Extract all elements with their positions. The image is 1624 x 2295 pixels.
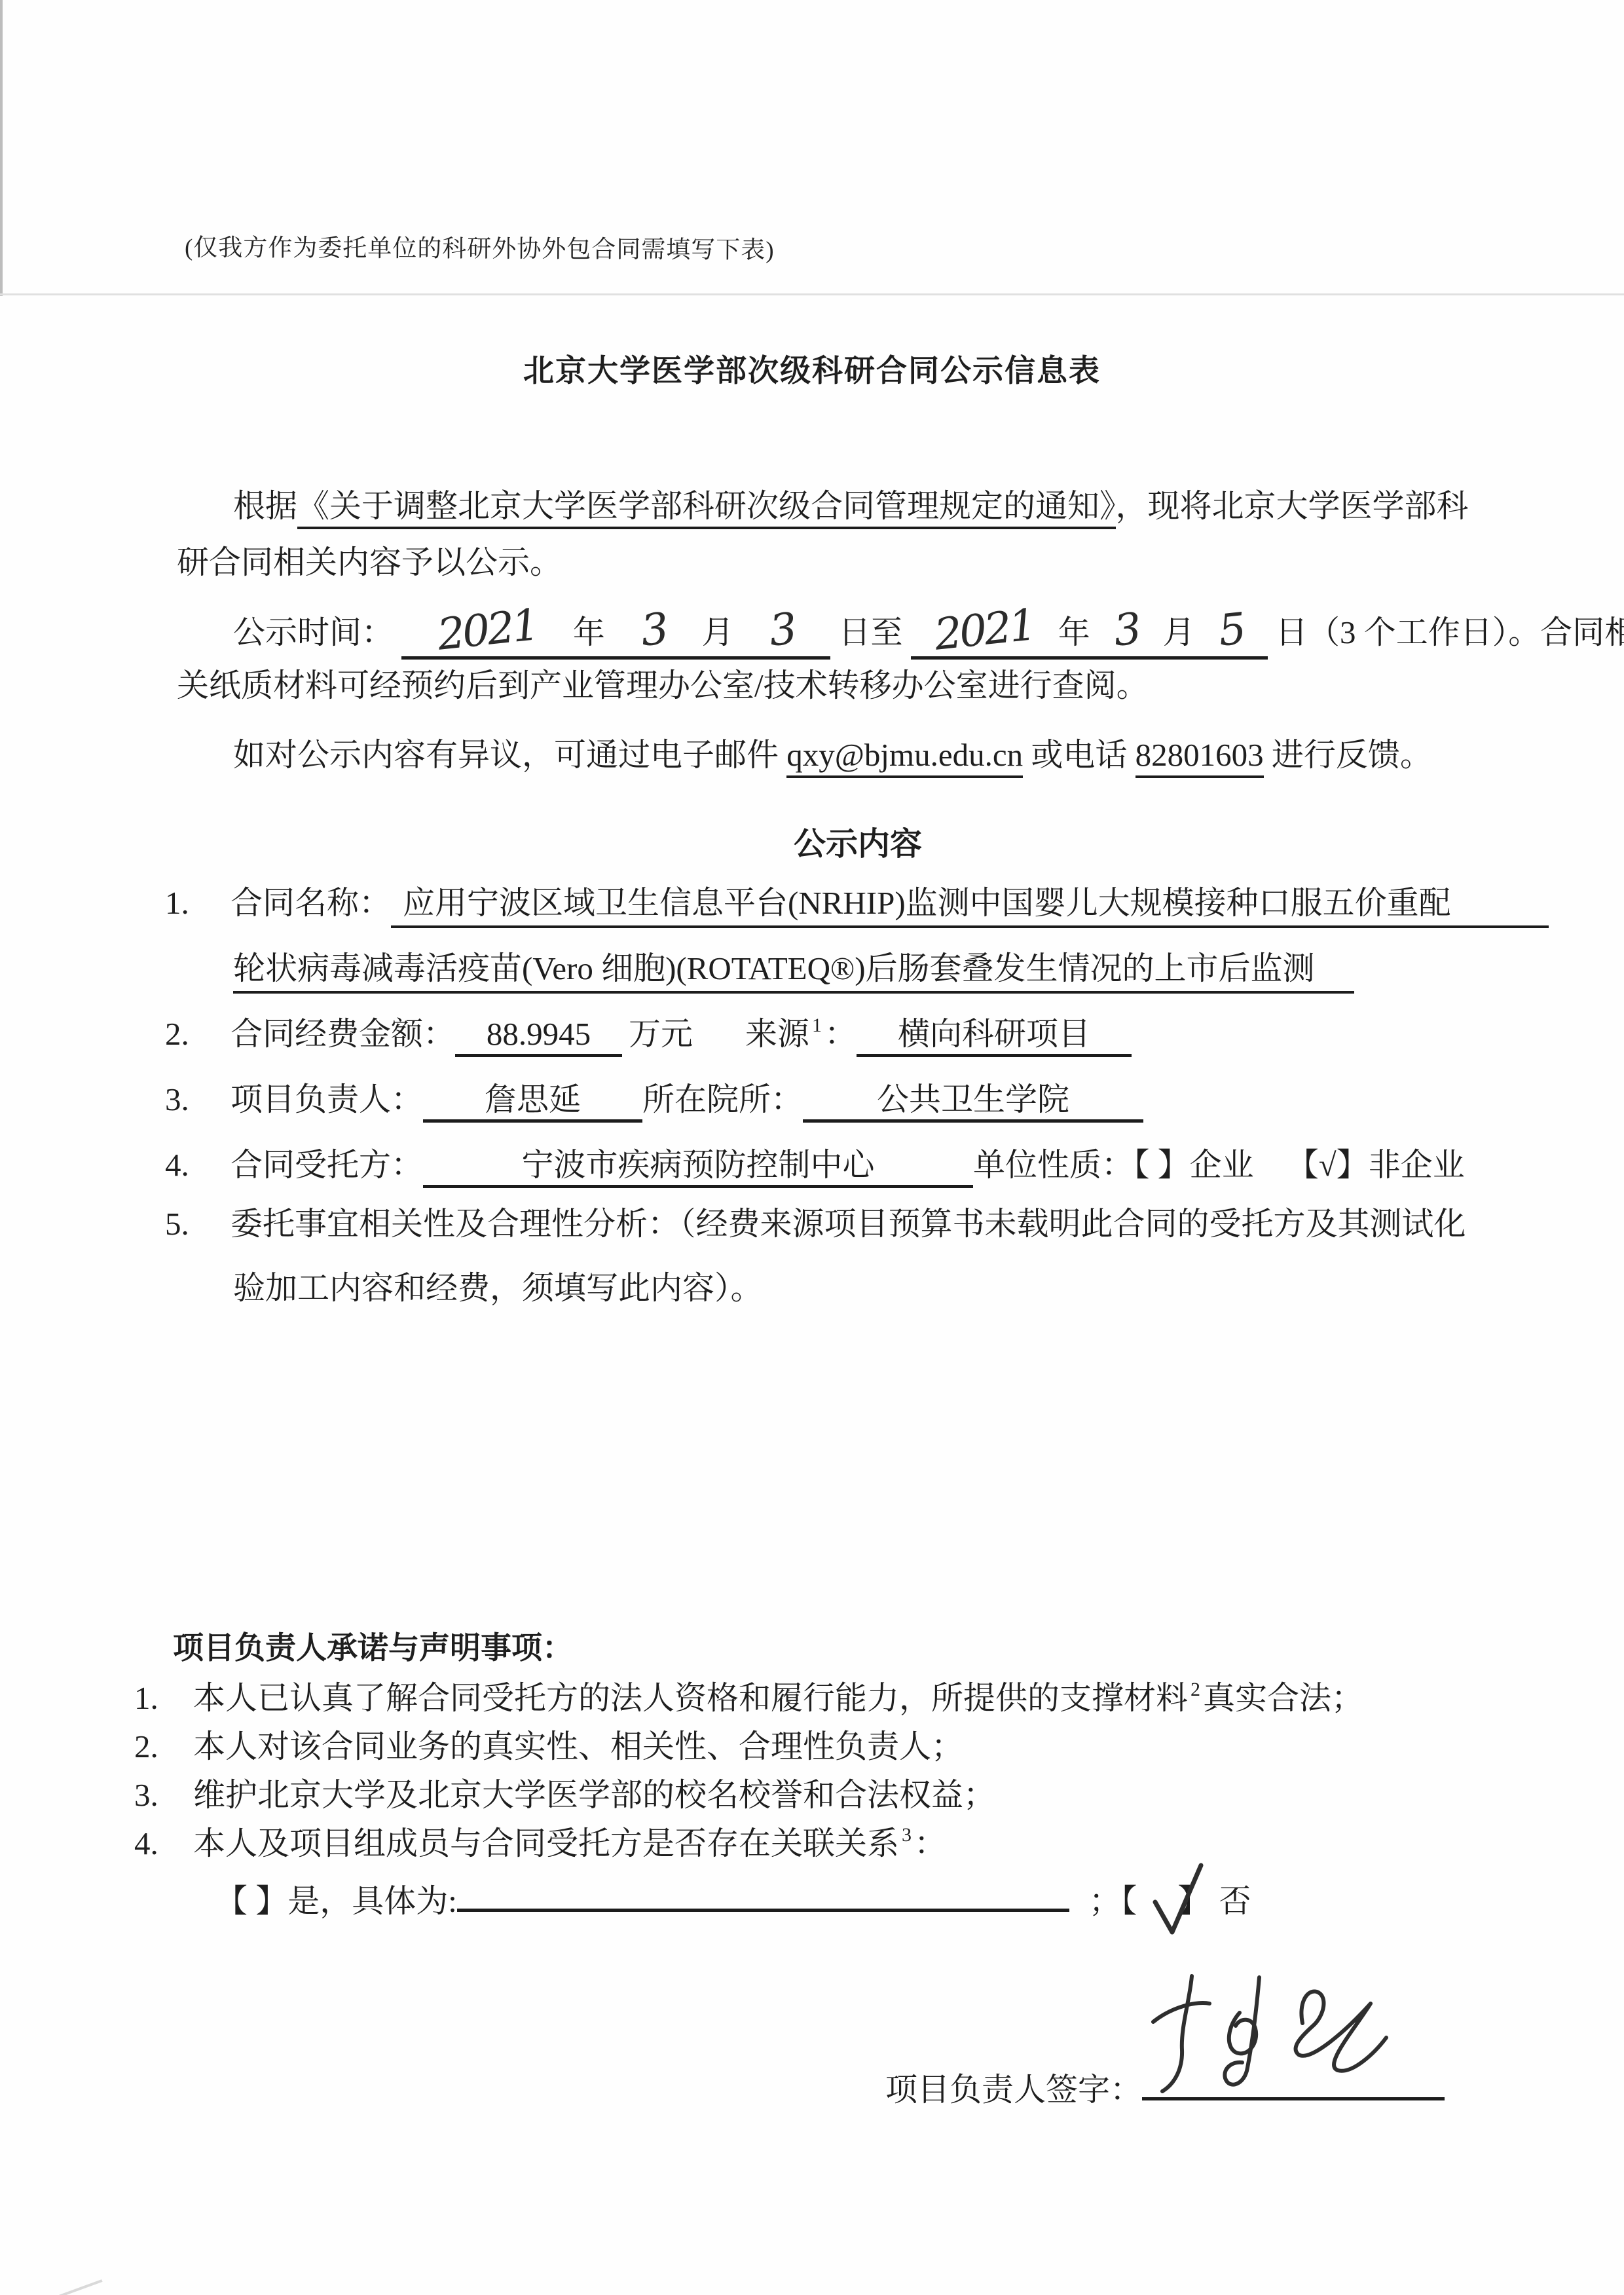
feedback-mid: 或电话: [1023, 737, 1135, 773]
item-2-number: 2.: [165, 1014, 231, 1054]
scanned-document-page: (仅我方作为委托单位的科研外协外包合同需填写下表) 北京大学医学部次级科研合同公…: [0, 0, 1624, 2295]
content-item-5-line2: 验加工内容和经费，须填写此内容）。: [233, 1268, 763, 1308]
pi-handwritten-signature: [1130, 1962, 1405, 2099]
item-3-number: 3.: [165, 1079, 231, 1119]
scan-artifact-left-edge-line: [0, 0, 3, 296]
option-non-enterprise-checked: 【√】非企业: [1287, 1147, 1465, 1183]
feedback-post: 进行反馈。: [1264, 737, 1432, 773]
feedback-email: qxy@bjmu.edu.cn: [786, 737, 1023, 778]
handwritten-start-month: 3: [639, 609, 668, 650]
decl-2-text: 本人对该合同业务的真实性、相关性、合理性负责人；: [193, 1728, 963, 1764]
contract-name-line2: 轮状病毒减毒活疫苗(Vero 细胞)(ROTATEQ®)后肠套叠发生情况的上市后…: [233, 948, 1354, 994]
no-bracket-open: 【: [1121, 1883, 1137, 1919]
option-enterprise: 【 】企业: [1134, 1147, 1254, 1183]
feedback-line: 如对公示内容有异议，可通过电子邮件 qxy@bjmu.edu.cn 或电话 82…: [233, 735, 1432, 775]
source-label: 来源: [745, 1016, 809, 1052]
publicity-time-line: 公示时间： 2021 年 3 月 3 日至 2021 年 3 月 5 日（3 个…: [233, 609, 1624, 660]
contract-amount-field: 88.9945: [455, 1014, 622, 1057]
day-unit-label: 日: [1276, 614, 1308, 650]
year-unit-label: 年: [573, 612, 605, 652]
decl-1-number: 1.: [134, 1678, 193, 1718]
intro-line2: 研合同相关内容予以公示。: [177, 542, 562, 582]
org-nature-label: 单位性质：: [973, 1147, 1134, 1183]
declaration-item-3: 3.维护北京大学及北京大学医学部的校名校誉和合法权益；: [134, 1775, 995, 1815]
signature-label: 项目负责人签字：: [885, 2072, 1142, 2108]
item-1-label: 合同名称：: [231, 885, 391, 921]
choice-semicolon: ；: [1089, 1883, 1121, 1919]
handwritten-end-year: 2021: [933, 605, 1036, 654]
content-item-5-line1: 5.委托事宜相关性及合理性分析：（经费来源项目预算书未载明此合同的受托方及其测试…: [165, 1204, 1466, 1244]
intro-post: ，现将北京大学医学部科: [1116, 488, 1469, 524]
dept-label: 所在院所：: [642, 1081, 803, 1117]
decl-1-footnote-sup: 2: [1190, 1679, 1200, 1700]
trustee-org-field: 宁波市疾病预防控制中心: [423, 1145, 973, 1188]
content-item-3: 3.项目负责人：詹思延所在院所：公共卫生学院: [165, 1079, 1143, 1123]
month-unit-label: 月: [702, 612, 734, 652]
end-date-field: 2021 年 3 月 5: [911, 609, 1268, 660]
handwritten-start-day: 3: [767, 609, 796, 650]
item-1-number: 1.: [165, 883, 231, 923]
scan-artifact-bottom-mark: [58, 2279, 102, 2295]
intro-notice-underlined: 《关于调整北京大学医学部科研次级合同管理规定的通知》: [297, 488, 1116, 529]
contract-name-line1: 应用宁波区域卫生信息平台(NRHIP)监测中国婴儿大规模接种口服五价重配: [391, 883, 1549, 928]
yes-label: 是，具体为:: [287, 1883, 457, 1919]
content-heading: 公示内容: [177, 824, 1539, 864]
content-item-1-line1: 1.合同名称：应用宁波区域卫生信息平台(NRHIP)监测中国婴儿大规模接种口服五…: [165, 883, 1549, 928]
dept-field: 公共卫生学院: [803, 1079, 1143, 1123]
amount-unit-label: 万元: [629, 1016, 693, 1052]
decl-3-text: 维护北京大学及北京大学医学部的校名校誉和合法权益；: [193, 1777, 995, 1813]
day-to-label: 日至: [839, 614, 903, 650]
item-2-label: 合同经费金额：: [231, 1016, 455, 1052]
yes-bracket: 【 】: [215, 1883, 287, 1919]
yes-detail-blank-field: [457, 1875, 1069, 1912]
decl-1-text-post: 真实合法；: [1203, 1680, 1363, 1716]
start-date-field: 2021 年 3 月 3: [401, 609, 830, 660]
item-5-number: 5.: [165, 1204, 231, 1244]
month-unit-label-2: 月: [1163, 612, 1195, 652]
no-label: 否: [1219, 1883, 1251, 1919]
intro-pre: 根据: [233, 488, 297, 524]
source-footnote-sup: 1: [812, 1015, 822, 1036]
scan-artifact-horizontal-line: [0, 293, 1624, 295]
handwritten-check-icon: [1147, 1859, 1210, 1941]
pi-name-field: 詹思延: [423, 1079, 642, 1123]
feedback-phone: 82801603: [1135, 737, 1264, 778]
decl-3-number: 3.: [134, 1775, 193, 1815]
decl-4-number: 4.: [134, 1823, 193, 1863]
item-5-text-line1: 委托事宜相关性及合理性分析：（经费来源项目预算书未载明此合同的受托方及其测试化: [231, 1206, 1466, 1242]
item-4-number: 4.: [165, 1145, 231, 1185]
decl-4-text-post: ：: [914, 1825, 946, 1861]
funding-source-field: 横向科研项目: [857, 1014, 1132, 1057]
source-colon: ：: [824, 1016, 857, 1052]
relation-choice-line: 【 】是，具体为:；【】否: [215, 1875, 1251, 1921]
content-item-2: 2.合同经费金额：88.9945万元来源1：横向科研项目: [165, 1014, 1132, 1057]
content-item-4: 4.合同受托方：宁波市疾病预防控制中心单位性质：【 】企业【√】非企业: [165, 1145, 1465, 1188]
handwritten-start-year: 2021: [435, 605, 538, 654]
item-3-label: 项目负责人：: [231, 1081, 423, 1117]
publicity-time-suffix: （3 个工作日）。合同相: [1308, 614, 1624, 650]
decl-2-number: 2.: [134, 1726, 193, 1766]
publicity-time-label: 公示时间：: [233, 614, 394, 650]
top-note: (仅我方作为委托单位的科研外协外包合同需填写下表): [185, 233, 775, 266]
handwritten-end-month: 3: [1112, 609, 1141, 650]
declaration-item-4: 4.本人及项目组成员与合同受托方是否存在关联关系3：: [134, 1823, 946, 1863]
declaration-item-1: 1.本人已认真了解合同受托方的法人资格和履行能力，所提供的支撑材料2真实合法；: [134, 1678, 1363, 1718]
decl-4-text: 本人及项目组成员与合同受托方是否存在关联关系: [193, 1825, 899, 1861]
year-unit-label-2: 年: [1058, 612, 1090, 652]
declaration-heading: 项目负责人承诺与声明事项：: [173, 1630, 573, 1668]
handwritten-end-day: 5: [1217, 609, 1246, 650]
feedback-pre: 如对公示内容有异议，可通过电子邮件: [233, 737, 786, 773]
decl-4-footnote-sup: 3: [902, 1824, 912, 1846]
declaration-item-2: 2.本人对该合同业务的真实性、相关性、合理性负责人；: [134, 1726, 963, 1766]
decl-1-text: 本人已认真了解合同受托方的法人资格和履行能力，所提供的支撑材料: [193, 1680, 1188, 1716]
page-title: 北京大学医学部次级科研合同公示信息表: [0, 352, 1624, 391]
item-4-label: 合同受托方：: [231, 1147, 423, 1183]
content-item-1-line2: 轮状病毒减毒活疫苗(Vero 细胞)(ROTATEQ®)后肠套叠发生情况的上市后…: [233, 948, 1354, 994]
publicity-time-line2: 关纸质材料可经预约后到产业管理办公室/技术转移办公室进行查阅。: [177, 665, 1149, 705]
intro-line1: 根据《关于调整北京大学医学部科研次级合同管理规定的通知》，现将北京大学医学部科: [233, 486, 1469, 526]
